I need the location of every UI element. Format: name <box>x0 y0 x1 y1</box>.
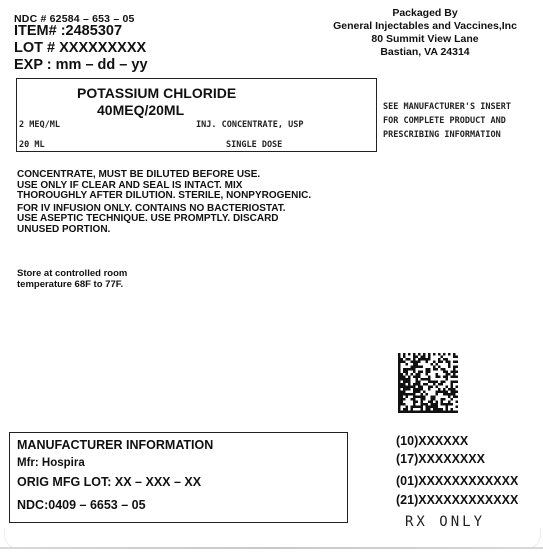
label-bottom-divider <box>0 547 543 549</box>
dose-type: SINGLE DOSE <box>226 140 282 150</box>
packager-city: Bastian, VA 24314 <box>300 46 543 59</box>
insert-note-line: FOR COMPLETE PRODUCT AND <box>383 114 511 128</box>
warning-line: USE ASEPTIC TECHNIQUE. USE PROMPTLY. DIS… <box>17 214 311 225</box>
drug-volume: 20 ML <box>19 140 45 150</box>
warning-line: CONCENTRATE, MUST BE DILUTED BEFORE USE. <box>17 170 311 181</box>
manufacturer-name: Mfr: Hospira <box>17 457 85 469</box>
packager-info: Packaged By General Injectables and Vacc… <box>300 7 543 59</box>
label-edge <box>4 528 541 549</box>
gs1-expiry: (17)XXXXXXXX <box>396 452 485 466</box>
lot-number: LOT # XXXXXXXXX <box>14 40 146 56</box>
packager-heading: Packaged By <box>300 7 543 20</box>
drug-concentration: 2 MEQ/ML <box>19 120 60 130</box>
storage-line: temperature 68F to 77F. <box>17 280 127 291</box>
storage-line: Store at controlled room <box>17 269 127 280</box>
original-lot: ORIG MFG LOT: XX – XXX – XX <box>17 475 201 489</box>
expiration-date: EXP : mm – dd – yy <box>14 57 148 73</box>
datamatrix-icon <box>398 352 458 414</box>
drug-label: NDC # 62584 – 653 – 05 ITEM# :2485307 LO… <box>0 0 543 555</box>
dosage-form: INJ. CONCENTRATE, USP <box>196 120 303 130</box>
drug-name: POTASSIUM CHLORIDE <box>77 85 236 101</box>
manufacturer-title: MANUFACTURER INFORMATION <box>17 438 213 452</box>
item-number: ITEM# :2485307 <box>14 23 122 39</box>
insert-note-line: PRESCRIBING INFORMATION <box>383 128 511 142</box>
gs1-serial: (21)XXXXXXXXXXXX <box>396 493 518 507</box>
insert-note-line: SEE MANUFACTURER'S INSERT <box>383 100 511 114</box>
manufacturer-ndc: NDC:0409 – 6653 – 05 <box>17 498 146 512</box>
packager-company: General Injectables and Vaccines,Inc <box>300 20 543 33</box>
gs1-batch: (10)XXXXXX <box>396 434 468 448</box>
drug-strength: 40MEQ/20ML <box>97 102 184 118</box>
gs1-gtin: (01)XXXXXXXXXXXX <box>396 474 518 488</box>
warning-line: THOROUGHLY AFTER DILUTION. STERILE, NONP… <box>17 191 311 202</box>
storage-instructions: Store at controlled room temperature 68F… <box>17 269 127 290</box>
insert-note: SEE MANUFACTURER'S INSERT FOR COMPLETE P… <box>383 100 511 142</box>
warning-line: UNUSED PORTION. <box>17 225 311 236</box>
rx-only-badge: RX ONLY <box>405 514 485 530</box>
packager-street: 80 Summit View Lane <box>300 33 543 46</box>
warnings-text: CONCENTRATE, MUST BE DILUTED BEFORE USE.… <box>17 170 311 235</box>
